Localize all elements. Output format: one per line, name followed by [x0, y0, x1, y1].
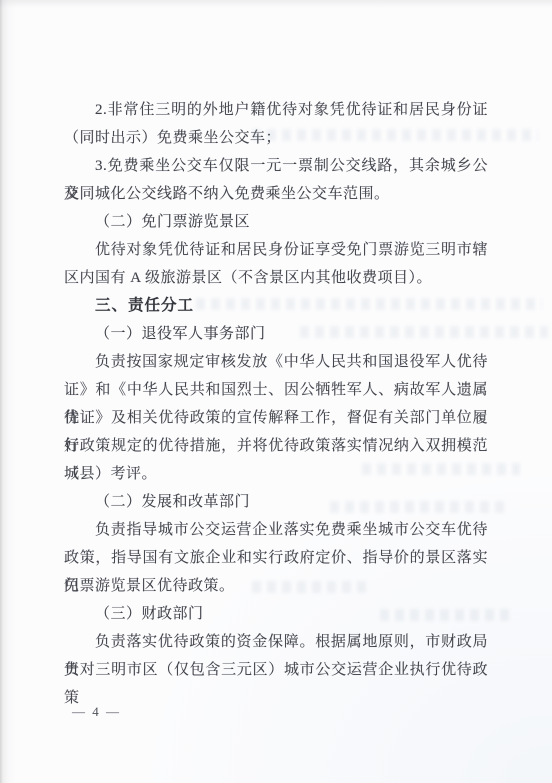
text-line: （三）财政部门: [64, 600, 488, 628]
text-line: 待证》及相关优待政策的宣传解释工作，督促有关部门单位履行: [64, 404, 488, 432]
text-line: 优待对象凭优待证和居民身份证享受免门票游览三明市辖: [64, 236, 488, 264]
text-line: （县）考评。: [64, 460, 488, 488]
text-line: （二）发展和改革部门: [64, 488, 488, 516]
text-line: 2.非常住三明的外地户籍优待对象凭优待证和居民身份证: [64, 96, 488, 124]
text-line: 好政策规定的优待措施，并将优待政策落实情况纳入双拥模范城: [64, 432, 488, 460]
text-line: （二）免门票游览景区: [64, 208, 488, 236]
text-line: 负责落实优待政策的资金保障。根据属地原则，市财政局负: [64, 628, 488, 656]
text-line: 3.免费乘坐公交车仅限一元一票制公交线路，其余城乡公交: [64, 152, 488, 180]
document-page: 2.非常住三明的外地户籍优待对象凭优待证和居民身份证（同时出示）免费乘坐公交车；…: [0, 0, 552, 783]
text-line: 责对三明市区（仅包含三元区）城市公交运营企业执行优待政策: [64, 656, 488, 684]
text-line: 证》和《中华人民共和国烈士、因公牺牲军人、病故军人遗属优: [64, 376, 488, 404]
text-line: （同时出示）免费乘坐公交车；: [64, 124, 488, 152]
text-line: 负责按国家规定审核发放《中华人民共和国退役军人优待: [64, 348, 488, 376]
text-line: 政策，指导国有文旅企业和实行政府定价、指导价的景区落实免: [64, 544, 488, 572]
text-line: 及同城化公交线路不纳入免费乘坐公交车范围。: [64, 180, 488, 208]
text-line: 门票游览景区优待政策。: [64, 572, 488, 600]
text-line: 三、责任分工: [64, 292, 488, 320]
text-line: （一）退役军人事务部门: [64, 320, 488, 348]
document-body: 2.非常住三明的外地户籍优待对象凭优待证和居民身份证（同时出示）免费乘坐公交车；…: [64, 96, 488, 684]
text-line: 负责指导城市公交运营企业落实免费乘坐城市公交车优待: [64, 516, 488, 544]
text-line: 区内国有 A 级旅游景区（不含景区内其他收费项目）。: [64, 264, 488, 292]
page-number: — 4 —: [72, 704, 121, 720]
